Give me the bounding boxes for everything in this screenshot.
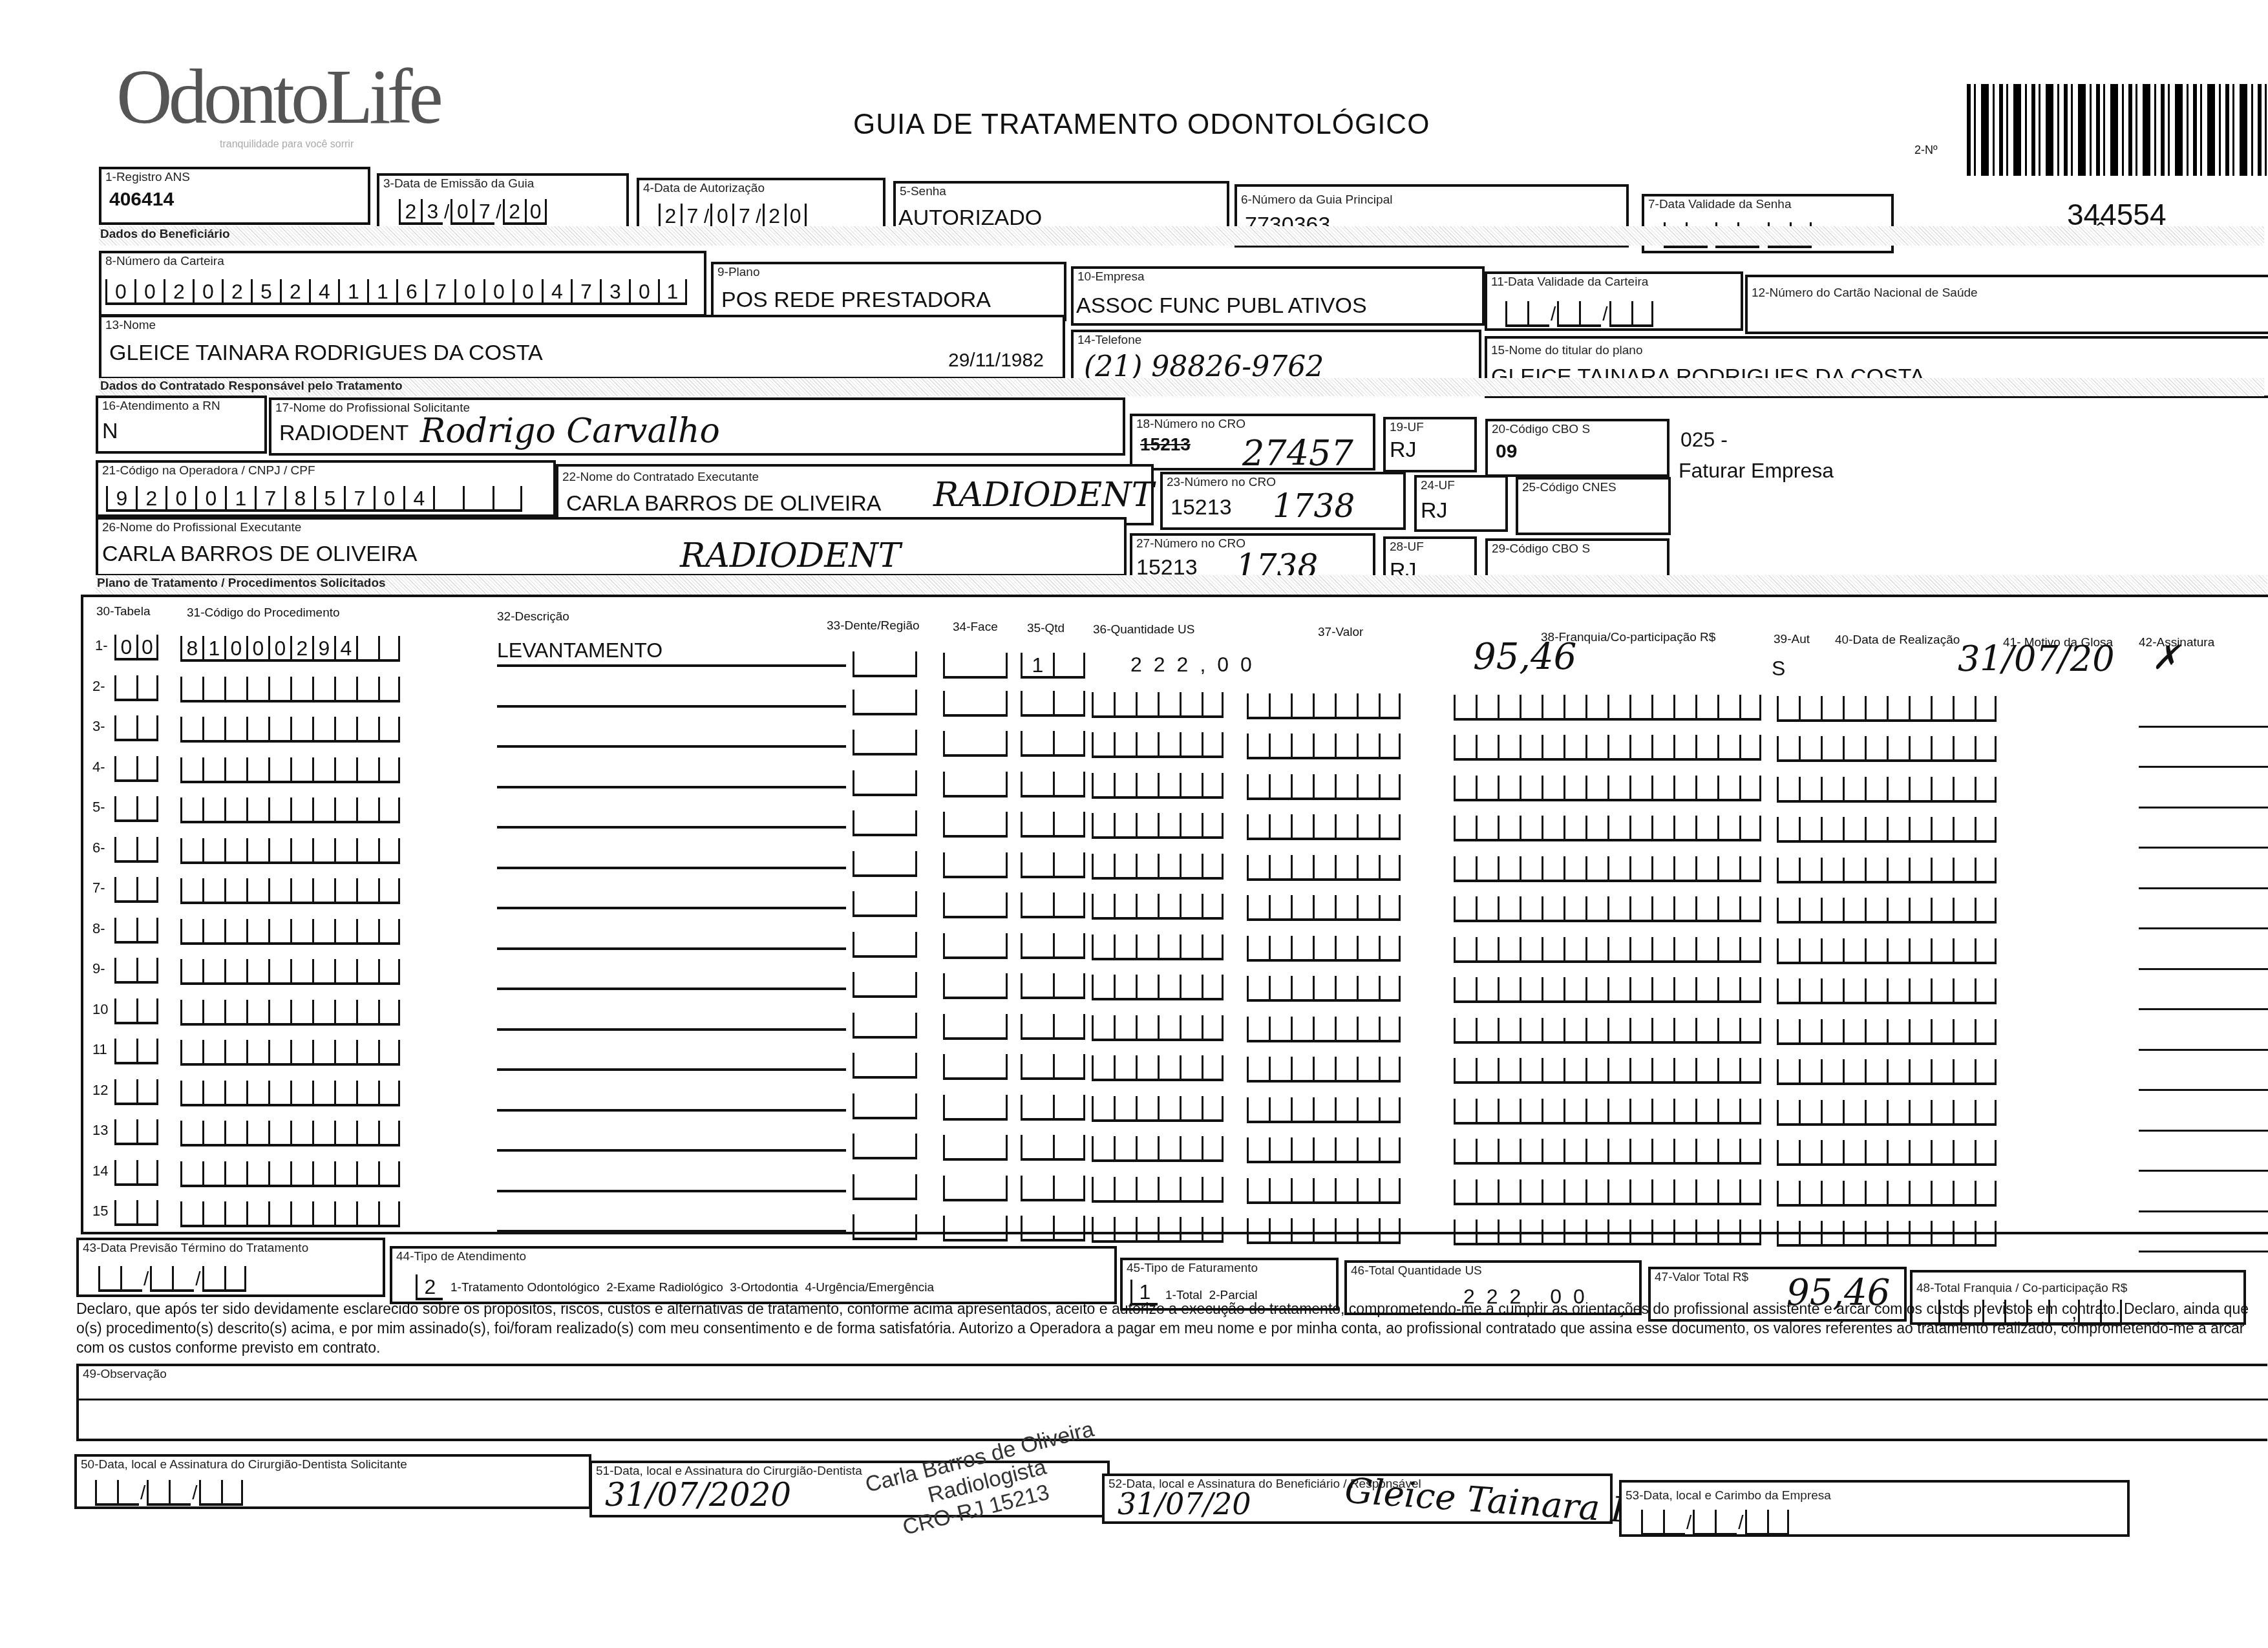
valor-value: 95,46 (1473, 636, 1576, 678)
section-contracted: Dados do Contratado Responsável pelo Tra… (100, 379, 403, 394)
carteira-cells: 00202524116700047301 (105, 275, 687, 305)
field-codigo-operadora: 21-Código na Operadora / CNPJ / CPF 9200… (96, 460, 556, 517)
guide-number-label: 2-Nº (1914, 143, 1938, 157)
field-validade-carteira: 11-Data Validade da Carteira // (1485, 271, 1743, 331)
field-uf-24: 24-UF RJ (1414, 475, 1508, 532)
section-band (99, 226, 2264, 246)
contratado-executante-value: CARLA BARROS DE OLIVEIRA (566, 491, 882, 516)
procedure-description: LEVANTAMENTO (497, 639, 662, 662)
aut-value: S (1772, 657, 1785, 681)
field-contratado-executante: 22-Nome do Contratado Executante CARLA B… (556, 464, 1154, 525)
billing-note-code: 025 - (1680, 428, 1728, 452)
section-beneficiary: Dados do Beneficiário (100, 227, 230, 242)
beneficiario-date: 31/07/20 (1118, 1486, 1251, 1521)
field-empresa: 10-Empresa ASSOC FUNC PUBL ATIVOS (1071, 266, 1485, 326)
handwritten-cro-18: 27457 (1242, 433, 1353, 474)
birth-date: 29/11/1982 (948, 350, 1044, 372)
field-numero-carteira: 8-Número da Carteira 0020252411670004730… (99, 251, 706, 317)
procedures-table: 30-Tabela 31-Código do Procedimento 32-D… (81, 595, 2268, 1234)
field-profissional-solicitante: 17-Nome do Profissional Solicitante RADI… (269, 397, 1125, 456)
declaration-text: Declaro, que após ter sido devidamente e… (76, 1299, 2268, 1357)
field-plano: 9-Plano POS REDE PRESTADORA (711, 262, 1066, 321)
field-profissional-executante: 26-Nome do Profissional Executante CARLA… (96, 517, 1127, 576)
data-realizacao-value: 31/07/20 (1958, 639, 2115, 679)
tipo-atendimento-checkbox[interactable]: 2 (416, 1274, 443, 1300)
handwritten-executante: RADIODENT (680, 536, 900, 575)
field-tipo-atendimento: 44-Tipo de Atendimento 2 1-Tratamento Od… (390, 1246, 1117, 1304)
cro-18-value: 15213 (1140, 434, 1191, 455)
handwritten-solicitante: Rodrigo Carvalho (420, 412, 720, 450)
barcode (1967, 84, 2268, 176)
field-data-previsao: 43-Data Previsão Término do Tratamento /… (76, 1238, 385, 1297)
field-cnes: 25-Código CNES (1516, 477, 1671, 535)
nome-value: GLEICE TAINARA RODRIGUES DA COSTA (109, 341, 543, 366)
plano-value: POS REDE PRESTADORA (721, 288, 991, 313)
field-atendimento-rn: 16-Atendimento a RN N (96, 396, 267, 454)
page-title: GUIA DE TRATAMENTO ODONTOLÓGICO (853, 109, 1430, 141)
field-cro-23: 23-Número no CRO 15213 1738 (1160, 472, 1406, 530)
field-observacao[interactable]: 49-Observação (76, 1364, 2267, 1441)
logo-text: OdontoLife (116, 55, 440, 139)
field-assinatura-solicitante: 50-Data, local e Assinatura do Cirurgião… (74, 1454, 591, 1509)
field-registro-ans: 1-Registro ANS 406414 (99, 167, 370, 225)
registro-ans-value: 406414 (109, 189, 174, 211)
field-nome: 13-Nome GLEICE TAINARA RODRIGUES DA COST… (99, 315, 1065, 379)
handwritten-contratado: RADIODENT (933, 476, 1154, 514)
field-cartao-nacional-saude: 12-Número do Cartão Nacional de Saúde (1745, 275, 2268, 334)
field-carimbo-empresa: 53-Data, local e Carimbo da Empresa // (1619, 1480, 2130, 1537)
logo: OdontoLife tranquilidade para você sorri… (116, 55, 440, 151)
profissional-executante-value: CARLA BARROS DE OLIVEIRA (102, 542, 418, 567)
handwritten-cro-23: 1738 (1273, 487, 1355, 525)
assinatura-row1: ✗ (2152, 639, 2180, 677)
atendimento-rn-value: N (102, 419, 118, 444)
field-data-emissao: 3-Data de Emissão da Guia 23/ 07/ 20 (377, 173, 629, 230)
section-procedures: Plano de Tratamento / Procedimentos Soli… (97, 576, 386, 591)
empresa-value: ASSOC FUNC PUBL ATIVOS (1076, 293, 1367, 319)
field-cbo-20: 20-Código CBO S 09 (1485, 419, 1669, 477)
field-uf-19: 19-UF RJ (1383, 417, 1477, 472)
field-cro-18: 18-Número no CRO 15213 27457 (1130, 414, 1375, 470)
logo-tagline: tranquilidade para você sorrir (220, 139, 440, 151)
dentista-date: 31/07/2020 (605, 1476, 791, 1514)
profissional-solicitante-value: RADIODENT (279, 421, 408, 446)
qtd-us-value: 222,00 (1130, 653, 1264, 677)
billing-note-text: Faturar Empresa (1679, 459, 1834, 483)
